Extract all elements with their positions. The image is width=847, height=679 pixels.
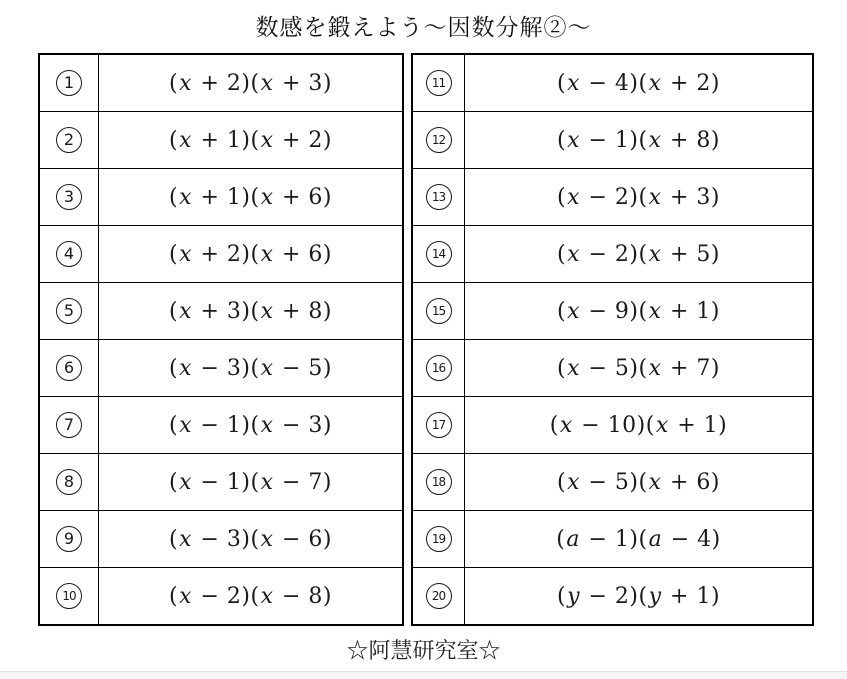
circled-number: 11	[426, 70, 452, 96]
circled-number: 5	[56, 298, 82, 324]
problem-expression: (x − 5)(x + 7)	[465, 340, 814, 397]
problem-expression: (x − 3)(x − 6)	[99, 511, 404, 568]
problem-number-cell: 14	[412, 226, 465, 283]
problem-number-cell: 3	[39, 169, 99, 226]
circled-number: 12	[426, 127, 452, 153]
table-row: 12 (x − 1)(x + 8)	[412, 112, 813, 169]
circled-number: 15	[426, 298, 452, 324]
table-row: 4 (x + 2)(x + 6)	[39, 226, 403, 283]
problem-number-cell: 5	[39, 283, 99, 340]
circled-number: 13	[426, 184, 452, 210]
problems-tables: 1 (x + 2)(x + 3) 2 (x + 1)(x + 2) 3 (x +…	[38, 53, 814, 626]
table-row: 19 (a − 1)(a − 4)	[412, 511, 813, 568]
table-row: 16 (x − 5)(x + 7)	[412, 340, 813, 397]
problem-expression: (x − 1)(x − 3)	[99, 397, 404, 454]
problem-number-cell: 10	[39, 568, 99, 626]
page-title: 数感を鍛えよう～因数分解②～	[0, 0, 847, 42]
problem-expression: (x + 3)(x + 8)	[99, 283, 404, 340]
problem-expression: (x − 2)(x − 8)	[99, 568, 404, 626]
circled-number: 14	[426, 241, 452, 267]
worksheet-page: 数感を鍛えよう～因数分解②～ 1 (x + 2)(x + 3) 2 (x + 1…	[0, 0, 847, 42]
circled-number: 17	[426, 412, 452, 438]
circled-number: 8	[56, 469, 82, 495]
table-row: 14 (x − 2)(x + 5)	[412, 226, 813, 283]
problem-number-cell: 8	[39, 454, 99, 511]
problem-number-cell: 15	[412, 283, 465, 340]
problem-expression: (x − 5)(x + 6)	[465, 454, 814, 511]
footer-credit: ☆阿慧研究室☆	[0, 634, 847, 665]
table-row: 1 (x + 2)(x + 3)	[39, 54, 403, 112]
table-row: 9 (x − 3)(x − 6)	[39, 511, 403, 568]
problem-expression: (x − 9)(x + 1)	[465, 283, 814, 340]
problem-number-cell: 18	[412, 454, 465, 511]
circled-number: 1	[56, 70, 82, 96]
problem-expression: (x − 10)(x + 1)	[465, 397, 814, 454]
problem-number-cell: 6	[39, 340, 99, 397]
problem-number-cell: 4	[39, 226, 99, 283]
circled-number: 20	[426, 583, 452, 609]
problem-number-cell: 7	[39, 397, 99, 454]
table-row: 17 (x − 10)(x + 1)	[412, 397, 813, 454]
circled-number: 6	[56, 355, 82, 381]
problem-expression: (x + 1)(x + 6)	[99, 169, 404, 226]
table-row: 7 (x − 1)(x − 3)	[39, 397, 403, 454]
problem-number-cell: 11	[412, 54, 465, 112]
problem-expression: (x − 2)(x + 3)	[465, 169, 814, 226]
problem-expression: (y − 2)(y + 1)	[465, 568, 814, 626]
circled-number: 9	[56, 526, 82, 552]
problem-number-cell: 9	[39, 511, 99, 568]
problem-expression: (x − 4)(x + 2)	[465, 54, 814, 112]
table-row: 6 (x − 3)(x − 5)	[39, 340, 403, 397]
bottom-strip	[0, 671, 847, 679]
table-row: 15 (x − 9)(x + 1)	[412, 283, 813, 340]
circled-number: 4	[56, 241, 82, 267]
table-row: 2 (x + 1)(x + 2)	[39, 112, 403, 169]
problem-expression: (x − 1)(x + 8)	[465, 112, 814, 169]
table-row: 8 (x − 1)(x − 7)	[39, 454, 403, 511]
problem-number-cell: 1	[39, 54, 99, 112]
problem-expression: (x − 3)(x − 5)	[99, 340, 404, 397]
table-row: 20 (y − 2)(y + 1)	[412, 568, 813, 626]
circled-number: 3	[56, 184, 82, 210]
problem-number-cell: 13	[412, 169, 465, 226]
problem-number-cell: 19	[412, 511, 465, 568]
problem-number-cell: 2	[39, 112, 99, 169]
problem-number-cell: 17	[412, 397, 465, 454]
table-row: 3 (x + 1)(x + 6)	[39, 169, 403, 226]
problem-expression: (x − 2)(x + 5)	[465, 226, 814, 283]
table-row: 18 (x − 5)(x + 6)	[412, 454, 813, 511]
table-row: 13 (x − 2)(x + 3)	[412, 169, 813, 226]
circled-number: 19	[426, 526, 452, 552]
circled-number: 10	[56, 583, 82, 609]
circled-number: 7	[56, 412, 82, 438]
table-row: 10 (x − 2)(x − 8)	[39, 568, 403, 626]
problems-table-left: 1 (x + 2)(x + 3) 2 (x + 1)(x + 2) 3 (x +…	[38, 53, 404, 626]
problem-number-cell: 20	[412, 568, 465, 626]
table-row: 11 (x − 4)(x + 2)	[412, 54, 813, 112]
circled-number: 18	[426, 469, 452, 495]
circled-number: 2	[56, 127, 82, 153]
problems-table-right: 11 (x − 4)(x + 2) 12 (x − 1)(x + 8) 13 (…	[411, 53, 814, 626]
problem-expression: (x + 2)(x + 3)	[99, 54, 404, 112]
problem-number-cell: 12	[412, 112, 465, 169]
problem-expression: (x + 1)(x + 2)	[99, 112, 404, 169]
problem-expression: (a − 1)(a − 4)	[465, 511, 814, 568]
problem-expression: (x + 2)(x + 6)	[99, 226, 404, 283]
problem-number-cell: 16	[412, 340, 465, 397]
circled-number: 16	[426, 355, 452, 381]
problem-expression: (x − 1)(x − 7)	[99, 454, 404, 511]
table-row: 5 (x + 3)(x + 8)	[39, 283, 403, 340]
